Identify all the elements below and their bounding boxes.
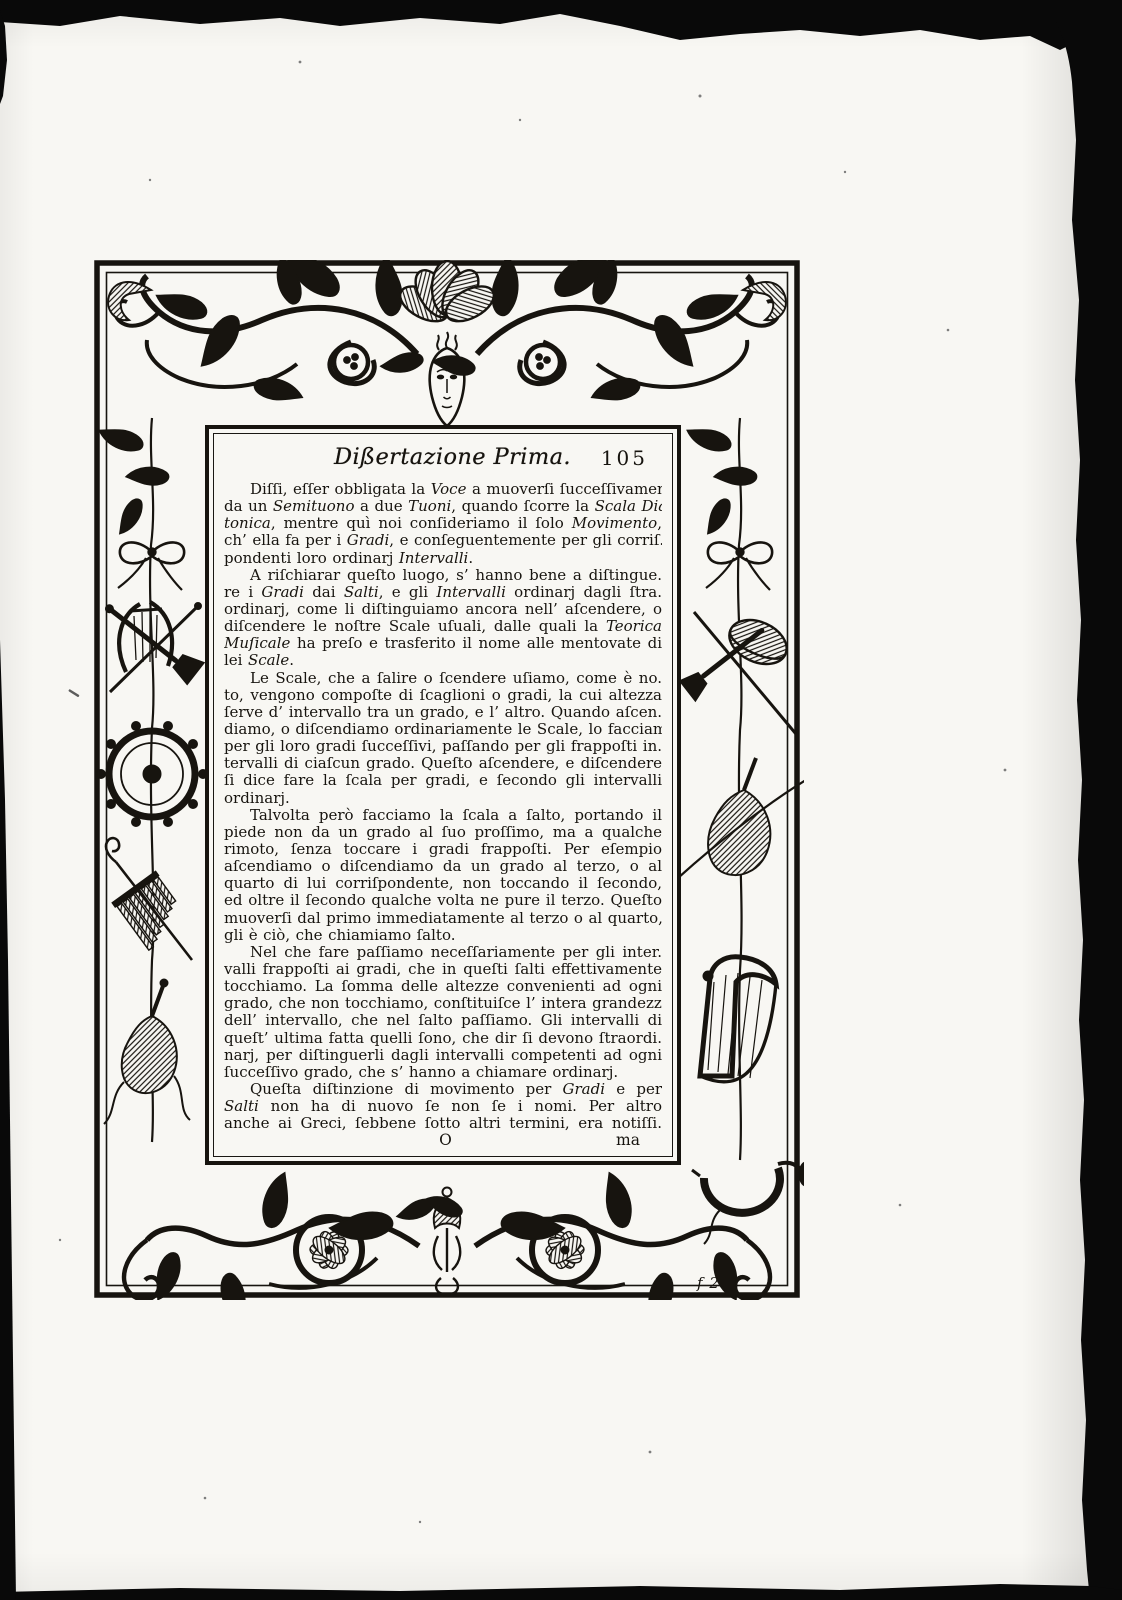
left-top-sliver xyxy=(0,10,7,104)
scan-edge-artifacts xyxy=(0,0,1122,1600)
bottom-scan-edge xyxy=(0,1584,1122,1600)
paper-specks xyxy=(59,61,1007,1524)
right-scan-edge xyxy=(1040,0,1122,1600)
left-scan-edge xyxy=(0,640,16,1600)
top-scan-edge xyxy=(0,0,1122,50)
scanned-book-page: Dißertazione Prima. 105 Diſſi, eſſer obb… xyxy=(0,0,1122,1600)
